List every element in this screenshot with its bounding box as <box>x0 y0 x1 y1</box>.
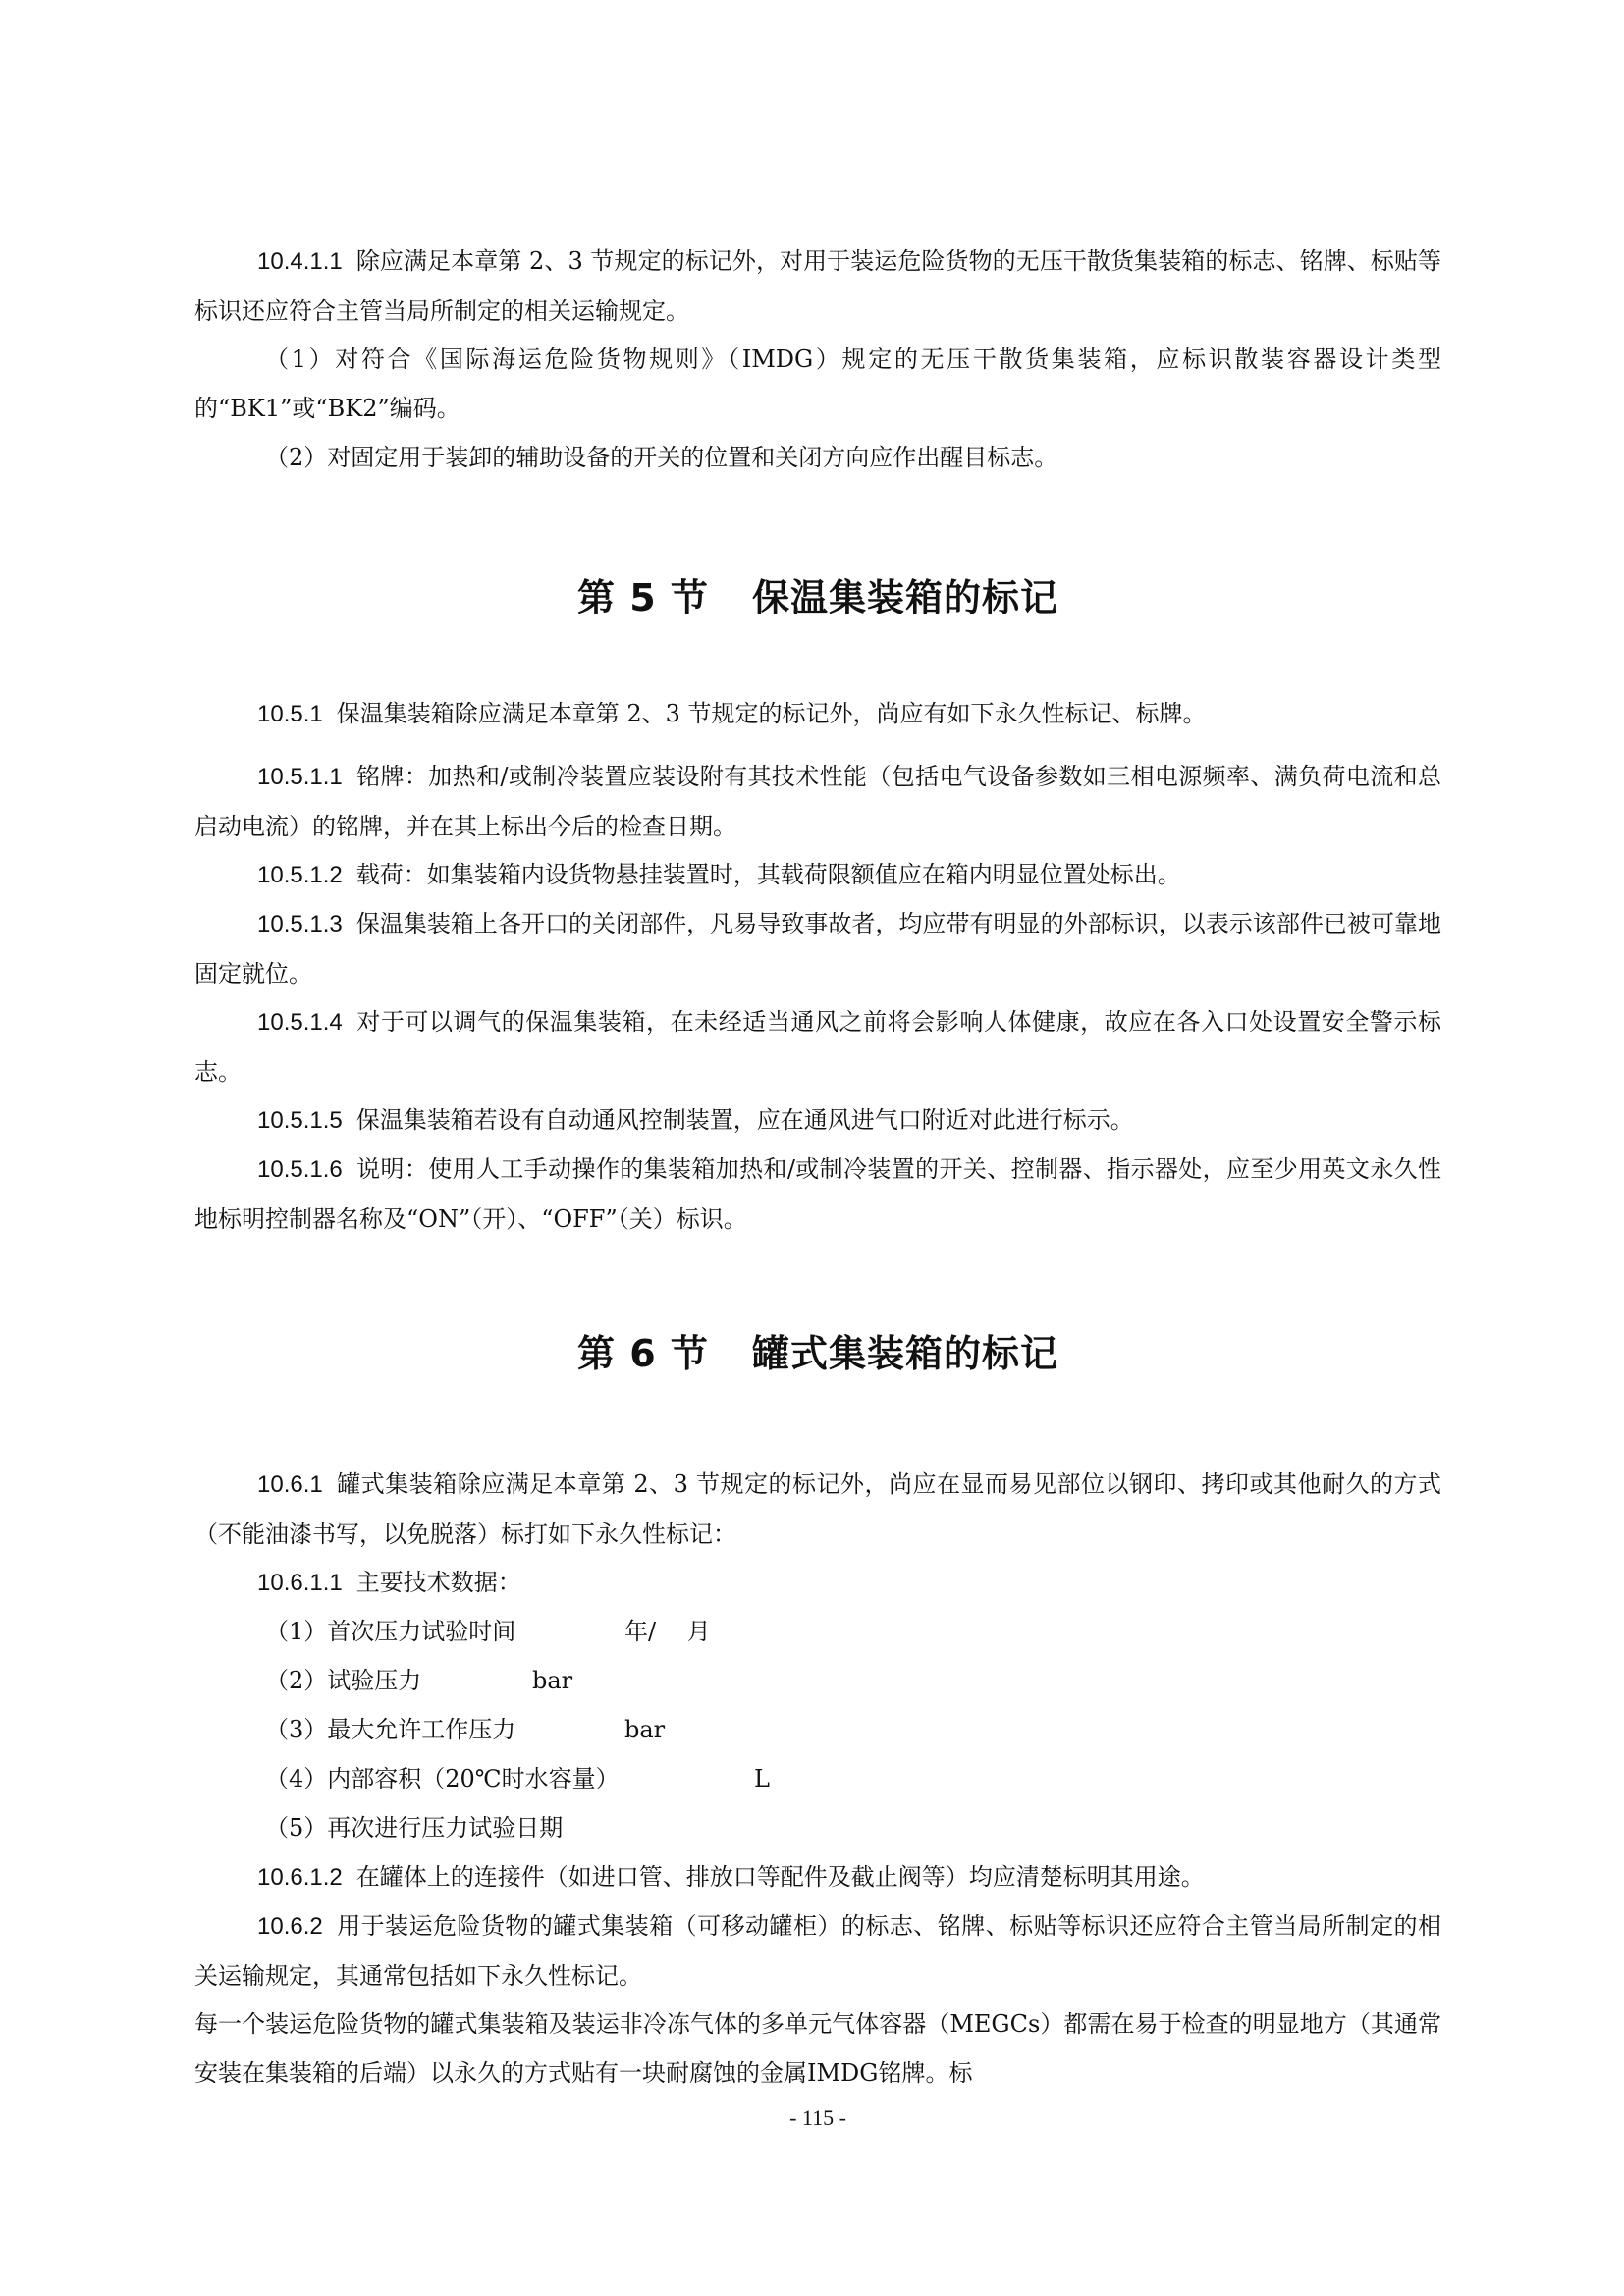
clause-number: 10.5.1.4 <box>257 1009 343 1036</box>
clause-number: 10.6.1.1 <box>257 1570 343 1596</box>
tech-data-label: （1）首次压力试验时间 <box>265 1607 515 1656</box>
section-title: 罐式集装箱的标记 <box>752 1332 1058 1375</box>
tech-data-unit: L <box>754 1754 770 1803</box>
clause-text: 保温集装箱若设有自动通风控制装置，应在通风进气口附近对此进行标示。 <box>356 1106 1134 1134</box>
clause-number: 10.5.1 <box>257 701 323 727</box>
paragraph-megc: 每一个装运危险货物的罐式集装箱及装运非冷冻气体的多单元气体容器（MEGCs）都需… <box>194 2000 1441 2098</box>
tech-data-item-4: （4）内部容积（20℃时水容量） L <box>194 1754 1078 1803</box>
clause-text: 保温集装箱上各开口的关闭部件，凡易导致事故者，均应带有明显的外部标识，以表示该部… <box>194 910 1441 988</box>
clause-text: 保温集装箱除应满足本章第 2、3 节规定的标记外，尚应有如下永久性标记、标牌。 <box>337 700 1207 727</box>
tech-data-label: （3）最大允许工作压力 <box>265 1705 515 1754</box>
paragraph-10-5-1-3: 10.5.1.3保温集装箱上各开口的关闭部件，凡易导致事故者，均应带有明显的外部… <box>194 899 1441 998</box>
tech-data-unit: bar <box>624 1705 665 1754</box>
tech-data-unit: 年/ 月 <box>624 1607 711 1656</box>
section-title: 保温集装箱的标记 <box>752 576 1058 619</box>
section-6-heading: 第 6 节罐式集装箱的标记 <box>194 1323 1441 1377</box>
paragraph-10-5-1-1: 10.5.1.1铭牌：加热和/或制冷装置应装设附有其技术性能（包括电气设备参数如… <box>194 752 1441 851</box>
clause-text: 罐式集装箱除应满足本章第 2、3 节规定的标记外，尚应在显而易见部位以钢印、拷印… <box>194 1470 1441 1548</box>
clause-number: 10.5.1.5 <box>257 1107 343 1134</box>
list-item-2: （2）对固定用于装卸的辅助设备的开关的位置和关闭方向应作出醒目标志。 <box>194 433 1441 482</box>
list-item-1: （1）对符合《国际海运危险货物规则》（IMDG）规定的无压干散货集装箱，应标识散… <box>194 335 1441 433</box>
clause-number: 10.5.1.3 <box>257 911 343 937</box>
paragraph-10-6-2: 10.6.2用于装运危险货物的罐式集装箱（可移动罐柜）的标志、铭牌、标贴等标识还… <box>194 1901 1441 2001</box>
clause-number: 10.4.1.1 <box>257 248 343 275</box>
tech-data-item-1: （1）首次压力试验时间 年/ 月 <box>194 1607 1078 1656</box>
tech-data-item-2: （2）试验压力 bar <box>194 1656 1078 1705</box>
paragraph-10-5-1-6: 10.5.1.6说明：使用人工手动操作的集装箱加热和/或制冷装置的开关、控制器、… <box>194 1145 1441 1244</box>
tech-data-label: （2）试验压力 <box>265 1656 421 1705</box>
paragraph-10-5-1-2: 10.5.1.2载荷：如集装箱内设货物悬挂装置时，其载荷限额值应在箱内明显位置处… <box>194 850 1441 900</box>
tech-data-label: （5）再次进行压力试验日期 <box>265 1803 563 1852</box>
clause-text: 在罐体上的连接件（如进口管、排放口等配件及截止阀等）均应清楚标明其用途。 <box>356 1863 1205 1891</box>
clause-text: 说明：使用人工手动操作的集装箱加热和/或制冷装置的开关、控制器、指示器处，应至少… <box>194 1155 1441 1233</box>
tech-data-item-5: （5）再次进行压力试验日期 <box>194 1803 1078 1852</box>
clause-number: 10.5.1.6 <box>257 1156 343 1183</box>
clause-number: 10.5.1.2 <box>257 862 343 888</box>
section-number: 第 6 节 <box>577 1332 709 1375</box>
clause-text: 铭牌：加热和/或制冷装置应装设附有其技术性能（包括电气设备参数如三相电源频率、满… <box>194 763 1441 840</box>
paragraph-10-5-1: 10.5.1保温集装箱除应满足本章第 2、3 节规定的标记外，尚应有如下永久性标… <box>194 689 1441 739</box>
section-number: 第 5 节 <box>577 576 709 619</box>
page-number: - 115 - <box>194 2106 1441 2131</box>
paragraph-10-5-1-5: 10.5.1.5保温集装箱若设有自动通风控制装置，应在通风进气口附近对此进行标示… <box>194 1095 1441 1146</box>
paragraph-10-6-1: 10.6.1罐式集装箱除应满足本章第 2、3 节规定的标记外，尚应在显而易见部位… <box>194 1460 1441 1559</box>
clause-number: 10.6.2 <box>257 1913 323 1940</box>
clause-number: 10.6.1 <box>257 1471 323 1498</box>
paragraph-10-6-1-1: 10.6.1.1主要技术数据： <box>194 1558 1441 1608</box>
clause-text: 载荷：如集装箱内设货物悬挂装置时，其载荷限额值应在箱内明显位置处标出。 <box>356 861 1181 888</box>
clause-text: 除应满足本章第 2、3 节规定的标记外，对用于装运危险货物的无压干散货集装箱的标… <box>194 247 1441 325</box>
clause-text: 主要技术数据： <box>356 1569 521 1596</box>
section-5-heading: 第 5 节保温集装箱的标记 <box>194 567 1441 621</box>
clause-number: 10.5.1.1 <box>257 764 343 790</box>
tech-data-item-3: （3）最大允许工作压力 bar <box>194 1705 1078 1754</box>
paragraph-10-5-1-4: 10.5.1.4对于可以调气的保温集装箱，在未经适当通风之前将会影响人体健康，故… <box>194 997 1441 1096</box>
paragraph-10-4-1-1: 10.4.1.1除应满足本章第 2、3 节规定的标记外，对用于装运危险货物的无压… <box>194 237 1441 336</box>
tech-data-label: （4）内部容积（20℃时水容量） <box>265 1754 620 1803</box>
tech-data-unit: bar <box>532 1656 572 1705</box>
clause-text: 对于可以调气的保温集装箱，在未经适当通风之前将会影响人体健康，故应在各入口处设置… <box>194 1008 1441 1086</box>
clause-number: 10.6.1.2 <box>257 1864 343 1891</box>
paragraph-10-6-1-2: 10.6.1.2在罐体上的连接件（如进口管、排放口等配件及截止阀等）均应清楚标明… <box>194 1852 1441 1902</box>
clause-text: 用于装运危险货物的罐式集装箱（可移动罐柜）的标志、铭牌、标贴等标识还应符合主管当… <box>194 1912 1441 1990</box>
